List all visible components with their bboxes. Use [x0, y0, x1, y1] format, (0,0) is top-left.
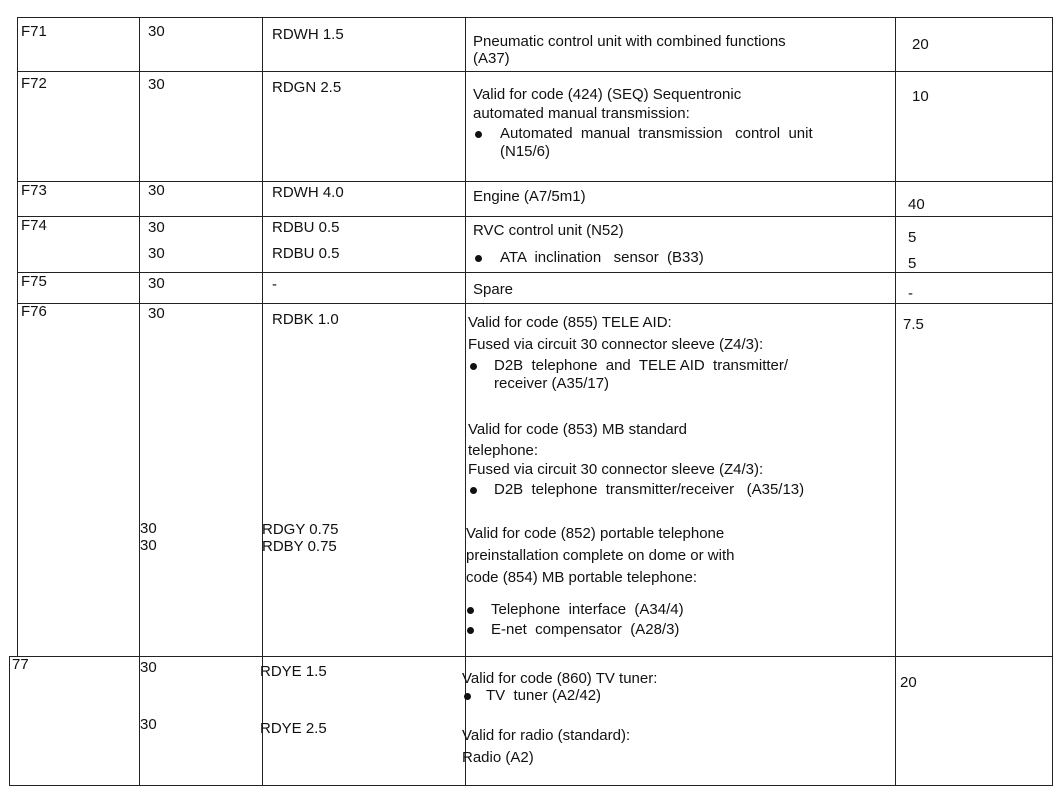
row-border: [17, 17, 1053, 18]
fuse-number: F74: [21, 217, 47, 234]
description-line: Fused via circuit 30 connector sleeve (Z…: [468, 336, 763, 353]
wire-color-size: RDBY 0.75: [262, 538, 337, 555]
wire-color-size: RDBU 0.5: [272, 245, 340, 262]
description-line: Telephone interface (A34/4): [491, 601, 684, 618]
bullet-icon: [475, 255, 482, 262]
circuit: 30: [148, 23, 165, 40]
description-line: (N15/6): [500, 143, 550, 160]
circuit: 30: [140, 716, 157, 733]
circuit: 30: [148, 305, 165, 322]
wire-color-size: RDWH 1.5: [272, 26, 344, 43]
wire-color-size: RDYE 2.5: [260, 720, 327, 737]
circuit: 30: [148, 275, 165, 292]
row-border: [17, 216, 1053, 217]
fuse-number: F73: [21, 182, 47, 199]
description-line: TV tuner (A2/42): [486, 687, 601, 704]
row-border: [17, 303, 1053, 304]
fuse-number: F75: [21, 273, 47, 290]
row-border: [17, 181, 1053, 182]
description-line: Valid for code (860) TV tuner:: [462, 670, 657, 687]
description-line: receiver (A35/17): [494, 375, 609, 392]
description-line: D2B telephone transmitter/receiver (A35/…: [494, 481, 804, 498]
circuit: 30: [148, 182, 165, 199]
column-border: [1052, 17, 1053, 785]
bullet-icon: [475, 131, 482, 138]
wire-color-size: RDWH 4.0: [272, 184, 344, 201]
fuse-rating: 20: [912, 36, 929, 53]
description-line: Valid for code (855) TELE AID:: [468, 314, 672, 331]
wire-color-size: RDBU 0.5: [272, 219, 340, 236]
description-line: (A37): [473, 50, 510, 67]
bullet-icon: [464, 693, 471, 700]
description-line: Valid for code (424) (SEQ) Sequentronic: [473, 86, 741, 103]
description-line: code (854) MB portable telephone:: [466, 569, 697, 586]
description-line: preinstallation complete on dome or with: [466, 547, 734, 564]
description-line: Valid for code (853) MB standard: [468, 421, 687, 438]
description-line: D2B telephone and TELE AID transmitter/: [494, 357, 788, 374]
bullet-icon: [467, 627, 474, 634]
circuit: 30: [148, 245, 165, 262]
description-line: Valid for radio (standard):: [462, 727, 630, 744]
description-line: telephone:: [468, 442, 538, 459]
description-line: E-net compensator (A28/3): [491, 621, 679, 638]
row-border: [9, 656, 1053, 657]
column-border: [9, 656, 10, 785]
column-border: [895, 17, 896, 785]
description-line: Spare: [473, 281, 513, 298]
wire-color-size: RDBK 1.0: [272, 311, 339, 328]
fuse-number: F71: [21, 23, 47, 40]
wire-color-size: -: [272, 276, 277, 293]
description-line: Engine (A7/5m1): [473, 188, 586, 205]
fuse-rating: 7.5: [903, 316, 924, 333]
column-border: [17, 17, 18, 656]
circuit: 30: [140, 520, 157, 537]
fuse-number: F76: [21, 303, 47, 320]
circuit: 30: [148, 76, 165, 93]
description-line: ATA inclination sensor (B33): [500, 249, 704, 266]
description-line: automated manual transmission:: [473, 105, 690, 122]
description-line: Pneumatic control unit with combined fun…: [473, 33, 786, 50]
fuse-rating: 40: [908, 196, 925, 213]
bullet-icon: [470, 363, 477, 370]
circuit: 30: [140, 659, 157, 676]
wire-color-size: RDYE 1.5: [260, 663, 327, 680]
fuse-number: 77: [12, 656, 29, 673]
circuit: 30: [140, 537, 157, 554]
fuse-rating: 5: [908, 255, 916, 272]
wire-color-size: RDGN 2.5: [272, 79, 341, 96]
row-border: [17, 71, 1053, 72]
fuse-rating: 10: [912, 88, 929, 105]
description-line: Fused via circuit 30 connector sleeve (Z…: [468, 461, 763, 478]
circuit: 30: [148, 219, 165, 236]
fuse-table-page: F71 30 RDWH 1.5 Pneumatic control unit w…: [0, 0, 1060, 803]
fuse-rating: 5: [908, 229, 916, 246]
bullet-icon: [467, 607, 474, 614]
fuse-rating: -: [908, 285, 913, 302]
description-line: Radio (A2): [462, 749, 534, 766]
row-border: [9, 785, 1053, 786]
description-line: Valid for code (852) portable telephone: [466, 525, 724, 542]
description-line: Automated manual transmission control un…: [500, 125, 813, 142]
wire-color-size: RDGY 0.75: [262, 521, 338, 538]
description-line: RVC control unit (N52): [473, 222, 624, 239]
fuse-number: F72: [21, 75, 47, 92]
bullet-icon: [470, 487, 477, 494]
row-border: [17, 272, 1053, 273]
fuse-rating: 20: [900, 674, 917, 691]
